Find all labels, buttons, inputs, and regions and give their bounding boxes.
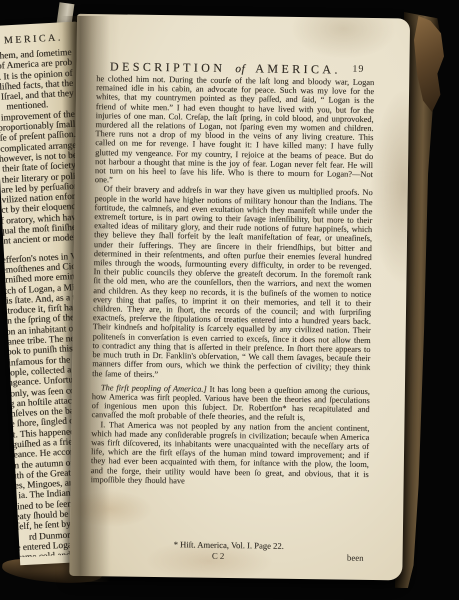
running-title-segment: of [235, 63, 245, 75]
text-segment: Of their bravery and addreſs in war they… [92, 185, 373, 379]
paragraph: he clothed him not. During the courſe of… [95, 74, 375, 188]
signature-mark: C 2 [212, 551, 225, 561]
page-number: 19 [352, 64, 382, 75]
text-segment: I. That America was not peopled by any n… [91, 420, 370, 485]
right-page: DESCRIPTION of AMERICA. 19 he clothed hi… [69, 14, 410, 581]
text-segment: he clothed him not. During the courſe of… [95, 74, 375, 184]
running-title-segment: AMERICA. [255, 61, 341, 76]
running-title-segment: DESCRIPTION [110, 59, 226, 75]
paragraph: Of their bravery and addreſs in war they… [92, 185, 373, 382]
page-body: he clothed him not. During the courſe of… [91, 74, 375, 488]
signature-row: C 2 been [90, 549, 368, 565]
catchword: been [347, 553, 364, 563]
left-page-running-title: MERICA. [4, 32, 63, 46]
book-photo: MERICA. alp them, and ſometime gines of … [0, 0, 459, 600]
paragraph: The firſt peopling of America.] It has l… [91, 383, 369, 424]
paragraph: I. That America was not peopled by any n… [91, 420, 370, 488]
